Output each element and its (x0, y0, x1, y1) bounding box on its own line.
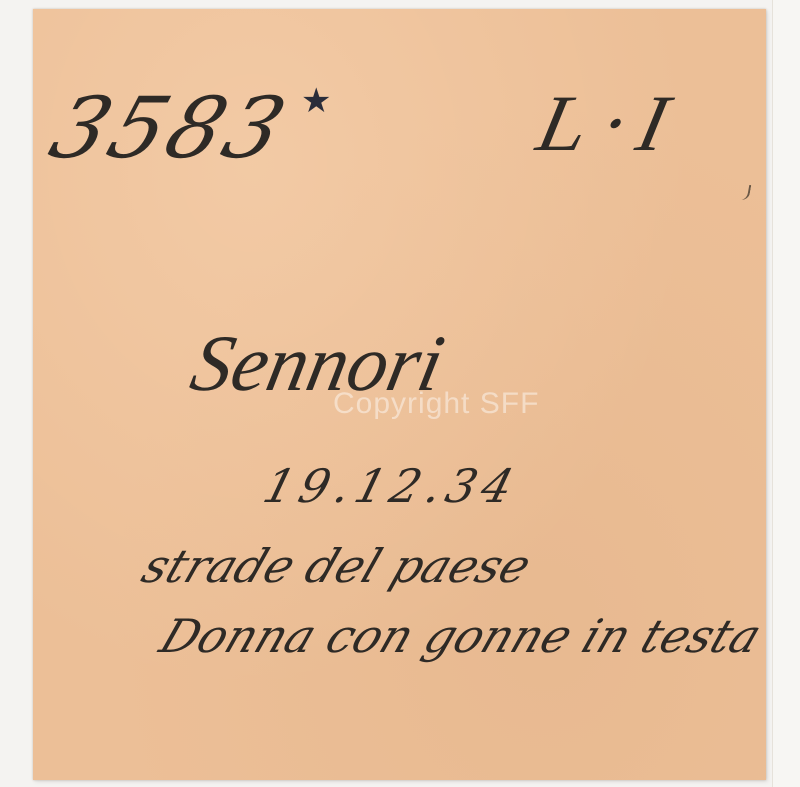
star-mark-icon: ★ (301, 81, 331, 121)
copyright-watermark: Copyright SFF (333, 387, 539, 421)
description-line: strade del paese (135, 539, 538, 593)
archive-card: 3583 ★ L·I Sennori Copyright SFF 19.12.3… (33, 9, 766, 780)
date: 19.12.34 (258, 459, 525, 513)
description-line: Donna con gonne in testa (153, 609, 769, 663)
shelf-code: L·I (523, 79, 698, 170)
catalog-number: 3583 (39, 79, 301, 177)
pen-mark (737, 183, 752, 201)
mount-backing (772, 0, 800, 787)
